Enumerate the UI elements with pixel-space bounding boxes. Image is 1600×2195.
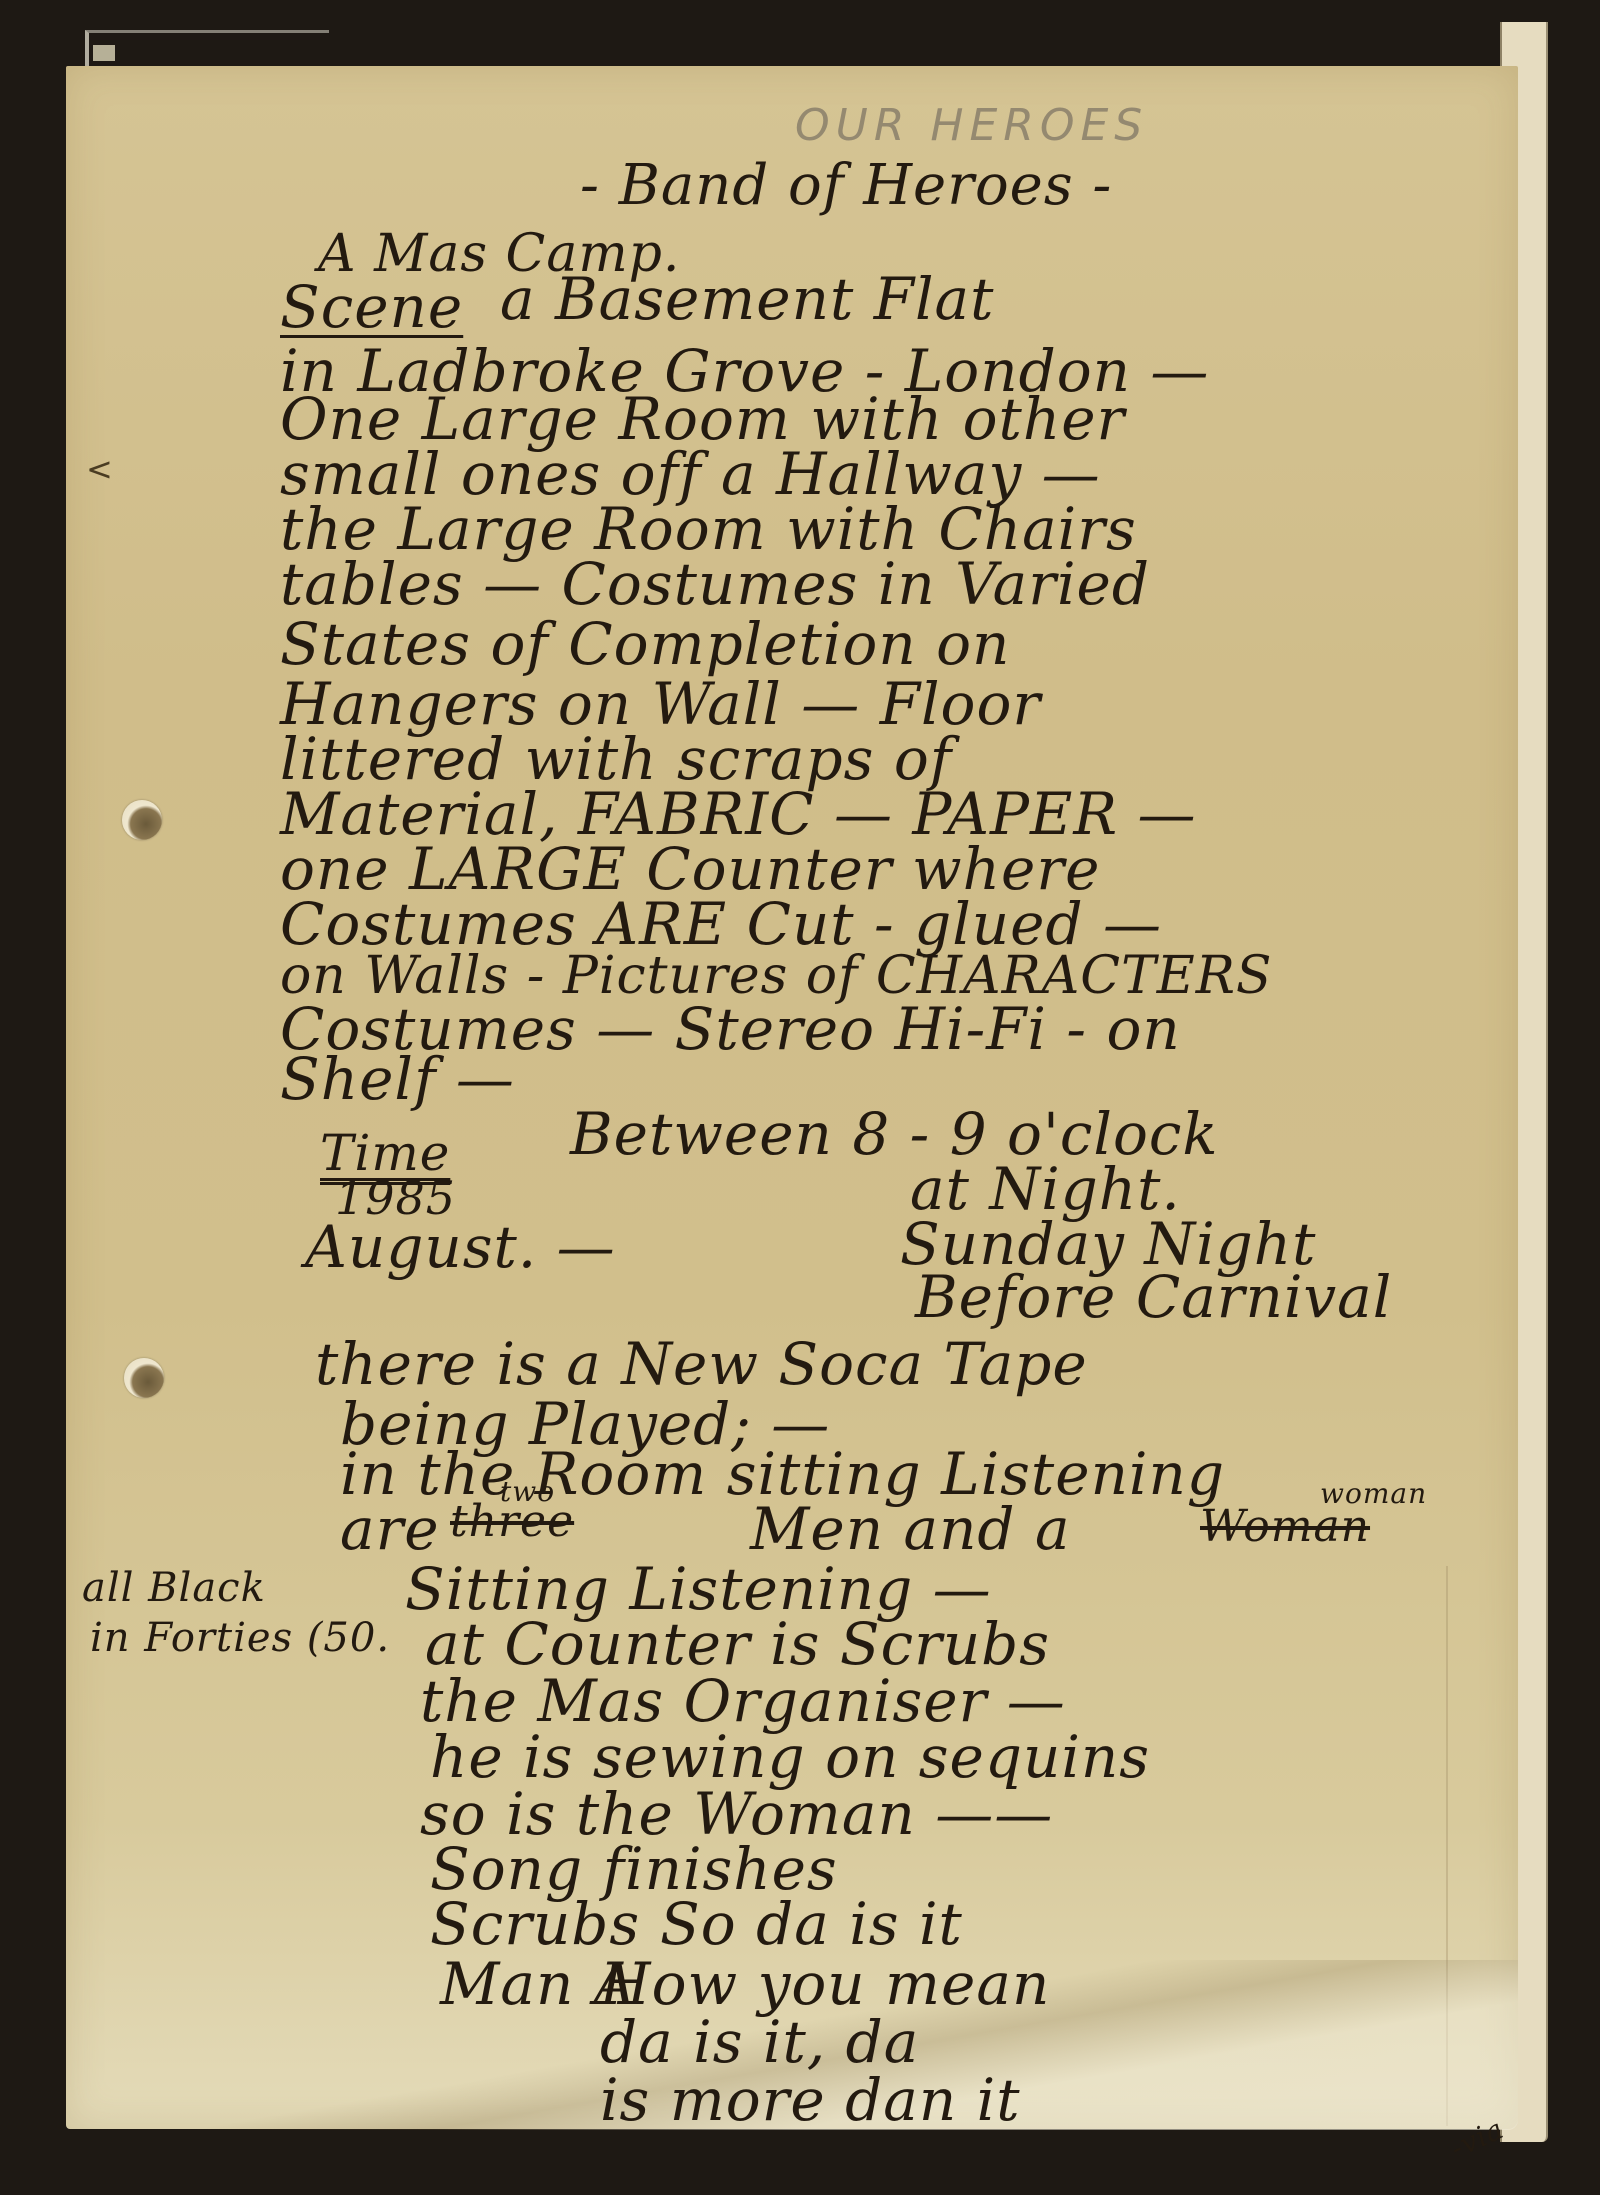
margin-caret-mark: <	[86, 450, 113, 488]
margin-note-line: in Forties (50.	[90, 1618, 390, 1658]
script-title: - Band of Heroes -	[580, 158, 1112, 214]
punch-hole-lower	[124, 1358, 164, 1398]
scene-label: Scene	[280, 278, 463, 336]
margin-note-line: all Black	[82, 1568, 266, 1608]
action-line: there is a New Soca Tape	[315, 1335, 1088, 1393]
punch-hole-upper	[122, 800, 162, 840]
scene-line: Costumes ARE Cut - glued —	[280, 895, 1162, 953]
cast-line-middle: Men and a	[750, 1500, 1071, 1558]
continuation-line: at Counter is Scrubs	[425, 1615, 1050, 1673]
binder-clip	[85, 30, 329, 71]
scene-line: Shelf —	[280, 1050, 515, 1108]
inserted-word: woman	[1320, 1480, 1427, 1508]
struck-word: Woman	[1200, 1505, 1370, 1549]
cast-line-prefix: are	[340, 1500, 440, 1558]
pencil-heading: OUR HEROES	[795, 100, 1148, 151]
dialogue-line: How you mean da is it, da is more dan it	[600, 1955, 1050, 2129]
scene-line: tables — Costumes in Varied	[280, 555, 1150, 613]
dialogue-speaker: Scrubs	[430, 1895, 640, 1953]
continuation-line: the Mas Organiser —	[420, 1672, 1066, 1730]
time-line: Before Carnival	[915, 1268, 1392, 1326]
scene-line: a Basement Flat	[500, 270, 994, 328]
scene-line: States of Completion on	[280, 615, 1010, 673]
time-month: August. —	[305, 1218, 616, 1276]
inserted-word: two	[500, 1478, 555, 1506]
dialogue-line: So da is it	[660, 1895, 963, 1953]
continuation-line: he is sewing on sequins	[430, 1728, 1150, 1786]
